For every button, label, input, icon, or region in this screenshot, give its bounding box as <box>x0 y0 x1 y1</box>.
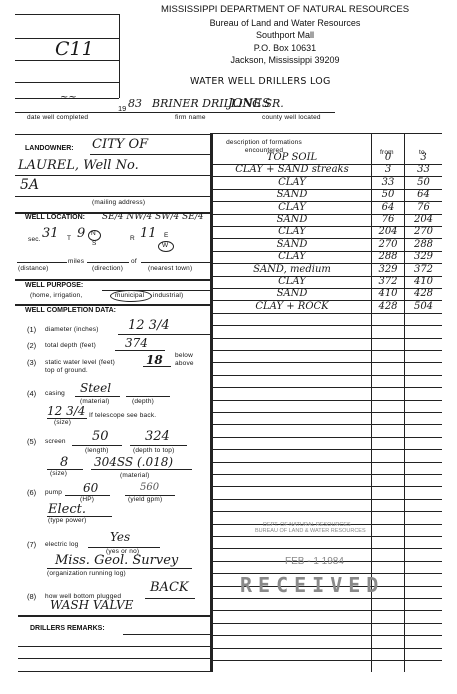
formation-from[interactable]: 0 <box>372 152 404 163</box>
formation-description[interactable]: SAND, medium <box>214 264 370 275</box>
formation-from[interactable]: 64 <box>372 202 404 213</box>
telescope-note: If telescope see back. <box>89 412 156 419</box>
pump-label: pump <box>45 489 62 496</box>
formation-from[interactable]: 3 <box>372 164 404 175</box>
item-6-number: (6) <box>27 488 36 497</box>
stamp-received: RECEIVED <box>240 573 455 597</box>
table-row-divider <box>210 660 442 661</box>
diameter-value[interactable]: 12 3/4 <box>128 318 170 333</box>
landowner-line-1[interactable]: CITY OF <box>92 137 148 152</box>
screen-material-label: (material) <box>120 472 149 479</box>
item-2-number: (2) <box>27 341 36 350</box>
screen-length-label: (length) <box>85 447 109 454</box>
table-row-divider <box>210 313 442 314</box>
formation-from[interactable]: 372 <box>372 276 404 287</box>
screen-length-value[interactable]: 50 <box>92 429 109 444</box>
file-code: C11 <box>55 38 94 60</box>
table-row-divider <box>210 424 442 425</box>
purpose-options-prefix: (home, irrigation, <box>30 292 82 299</box>
table-row-divider <box>210 412 442 413</box>
log-organization-value[interactable]: Miss. Geol. Survey <box>55 553 178 568</box>
formation-description[interactable]: SAND <box>214 214 370 225</box>
form-title: WATER WELL DRILLERS LOG <box>190 76 331 87</box>
table-row-divider <box>210 511 442 512</box>
table-row-divider <box>210 338 442 339</box>
formation-description[interactable]: TOP SOIL <box>214 152 370 163</box>
bureau-name: Bureau of Land and Water Resources <box>120 17 450 30</box>
formation-from[interactable]: 33 <box>372 177 404 188</box>
table-row-divider <box>210 474 442 475</box>
casing-label: casing <box>45 390 65 397</box>
table-row-divider <box>210 449 442 450</box>
formation-to[interactable]: 372 <box>405 264 442 275</box>
top-left-box: C11 <box>15 14 120 98</box>
screen-depth-to-top-label: (depth to top) <box>133 447 174 454</box>
stamp-bureau-line: BUREAU OF LAND & WATER RESOURCES <box>255 528 455 534</box>
formation-to[interactable]: 50 <box>405 177 442 188</box>
pump-power-value[interactable]: Elect. <box>48 502 86 517</box>
screen-label: screen <box>45 438 66 445</box>
formation-description[interactable]: CLAY <box>214 276 370 287</box>
formation-description[interactable]: CLAY <box>214 177 370 188</box>
table-row-divider <box>210 437 442 438</box>
formation-description[interactable]: CLAY + ROCK <box>214 301 370 312</box>
firm-label: firm name <box>175 114 206 121</box>
formation-to[interactable]: 76 <box>405 202 442 213</box>
table-row-divider <box>210 610 442 611</box>
casing-material-value[interactable]: Steel <box>80 381 111 395</box>
remarks-label: DRILLERS REMARKS: <box>30 625 105 632</box>
t-value[interactable]: 9 <box>77 226 85 241</box>
date-label: date well completed <box>27 114 88 121</box>
formation-from[interactable]: 50 <box>372 189 404 200</box>
remarks-field-line-2[interactable] <box>18 646 210 647</box>
miles-label: miles <box>68 258 84 265</box>
casing-size-value[interactable]: 12 3/4 <box>47 404 85 418</box>
electric-log-label: electric log <box>45 541 78 548</box>
table-row-divider <box>210 462 442 463</box>
landowner-line-3[interactable]: 5A <box>20 177 39 193</box>
document-header: MISSISSIPPI DEPARTMENT OF NATURAL RESOUR… <box>120 4 450 67</box>
below-option[interactable]: below <box>175 352 193 359</box>
item-5-number: (5) <box>27 437 36 446</box>
remarks-field-line-3[interactable] <box>18 658 210 659</box>
date-scribble: ~~ <box>60 92 77 103</box>
item-7-number: (7) <box>27 540 36 549</box>
location-label: WELL LOCATION: <box>25 214 85 221</box>
s-option[interactable]: S <box>92 240 97 247</box>
diameter-label: diameter (inches) <box>45 326 99 333</box>
formation-to[interactable]: 428 <box>405 288 442 299</box>
table-row-divider <box>210 387 442 388</box>
formation-to[interactable]: 329 <box>405 251 442 262</box>
formation-to[interactable]: 64 <box>405 189 442 200</box>
county-label: county well located <box>262 114 321 121</box>
formation-to[interactable]: 288 <box>405 239 442 250</box>
mailing-address-label: (mailing address) <box>92 199 145 206</box>
formation-from[interactable]: 410 <box>372 288 404 299</box>
total-depth-label: total depth (feet) <box>45 342 96 349</box>
purpose-label: WELL PURPOSE: <box>25 282 83 289</box>
e-option[interactable]: E <box>164 232 169 239</box>
formation-to[interactable]: 270 <box>405 226 442 237</box>
w-option[interactable]: W <box>162 242 168 249</box>
screen-depth-to-top-value[interactable]: 324 <box>145 429 170 444</box>
pump-hp-value[interactable]: 60 <box>83 481 98 495</box>
year-value: 83 <box>128 97 142 110</box>
completion-label: WELL COMPLETION DATA: <box>25 307 116 314</box>
r-label: R <box>130 235 135 242</box>
formation-to[interactable]: 3 <box>405 152 442 163</box>
screen-size-label: (size) <box>50 470 67 477</box>
table-row-divider <box>210 486 442 487</box>
sec-value[interactable]: 31 <box>42 226 59 241</box>
item-4-number: (4) <box>27 389 36 398</box>
address-line-1: Southport Mall <box>120 29 450 42</box>
town-label: (nearest town) <box>148 265 192 272</box>
casing-depth-label: (depth) <box>132 398 154 405</box>
static-level-value[interactable]: 18 <box>146 353 163 367</box>
static-level-label: static water level (feet) <box>45 359 115 366</box>
pump-power-label: (type power) <box>48 517 87 524</box>
century-prefix: 19 <box>118 104 126 113</box>
table-row-divider <box>210 648 442 649</box>
formation-from[interactable]: 288 <box>372 251 404 262</box>
formation-to[interactable]: 410 <box>405 276 442 287</box>
above-option[interactable]: above <box>175 360 194 367</box>
table-row-divider <box>210 400 442 401</box>
formation-from[interactable]: 76 <box>372 214 404 225</box>
table-row-divider <box>210 499 442 500</box>
county-value: JONES <box>228 96 270 110</box>
table-row-divider <box>210 375 442 376</box>
log-organization-label: (organization running log) <box>47 570 126 577</box>
distance-label: (distance) <box>18 265 49 272</box>
table-row-divider <box>210 350 442 351</box>
formation-to[interactable]: 33 <box>405 164 442 175</box>
pump-yield-value[interactable]: 560 <box>140 482 159 493</box>
formation-from[interactable]: 204 <box>372 226 404 237</box>
item-1-number: (1) <box>27 325 36 334</box>
formation-to[interactable]: 504 <box>405 301 442 312</box>
sec-label: sec. <box>28 236 41 243</box>
formation-description[interactable]: CLAY + SAND streaks <box>214 164 370 175</box>
casing-size-label: (size) <box>54 419 71 426</box>
agency-name: MISSISSIPPI DEPARTMENT OF NATURAL RESOUR… <box>120 4 450 17</box>
address-line-2: P.O. Box 10631 <box>120 42 450 55</box>
table-row-divider <box>210 635 442 636</box>
total-depth-value[interactable]: 374 <box>125 336 148 350</box>
item-8-number: (8) <box>27 592 36 601</box>
formation-from[interactable]: 428 <box>372 301 404 312</box>
landowner-label: LANDOWNER: <box>25 145 74 152</box>
formation-description[interactable]: CLAY <box>214 202 370 213</box>
table-row-divider <box>210 362 442 363</box>
of-label: of <box>131 258 137 265</box>
location-value[interactable]: SE/4 NW/4 SW/4 SE/4 <box>102 212 204 222</box>
item-3-number: (3) <box>27 358 36 367</box>
formation-description[interactable]: SAND <box>214 189 370 200</box>
formation-description[interactable]: SAND <box>214 288 370 299</box>
screen-material-value[interactable]: 304SS (.018) <box>94 455 173 469</box>
formation-description[interactable]: SAND <box>214 239 370 250</box>
formation-from[interactable]: 329 <box>372 264 404 275</box>
stamp-date: FEB - 1 1984 <box>285 556 455 567</box>
remarks-field-line-1[interactable] <box>123 634 210 635</box>
landowner-line-2[interactable]: LAUREL, Well No. <box>18 158 139 173</box>
r-value[interactable]: 11 <box>140 226 157 241</box>
screen-size-value[interactable]: 8 <box>60 455 68 470</box>
top-of-ground-label: top of ground. <box>45 367 88 374</box>
formation-description[interactable]: CLAY <box>214 226 370 237</box>
formation-to[interactable]: 204 <box>405 214 442 225</box>
formation-description[interactable]: CLAY <box>214 251 370 262</box>
direction-label: (direction) <box>92 265 123 272</box>
table-row-divider <box>210 598 442 599</box>
pump-yield-label: (yield gpm) <box>128 496 162 503</box>
n-option[interactable]: N <box>91 230 96 237</box>
remarks-field-line-4[interactable] <box>18 671 210 672</box>
table-row-divider <box>210 325 442 326</box>
plugged-value-2[interactable]: WASH VALVE <box>50 598 133 612</box>
formation-from[interactable]: 270 <box>372 239 404 250</box>
received-stamp: DEPT. OF NATURAL RESOURCES BUREAU OF LAN… <box>255 522 455 597</box>
t-label: T <box>67 235 71 242</box>
plugged-value-1[interactable]: BACK <box>150 580 189 595</box>
address-line-3: Jackson, Mississippi 39209 <box>120 54 450 67</box>
purpose-options-suffix: industrial) <box>153 292 183 299</box>
electric-log-value[interactable]: Yes <box>110 530 130 544</box>
table-row-divider <box>210 623 442 624</box>
purpose-selected[interactable]: municipal <box>115 292 144 299</box>
